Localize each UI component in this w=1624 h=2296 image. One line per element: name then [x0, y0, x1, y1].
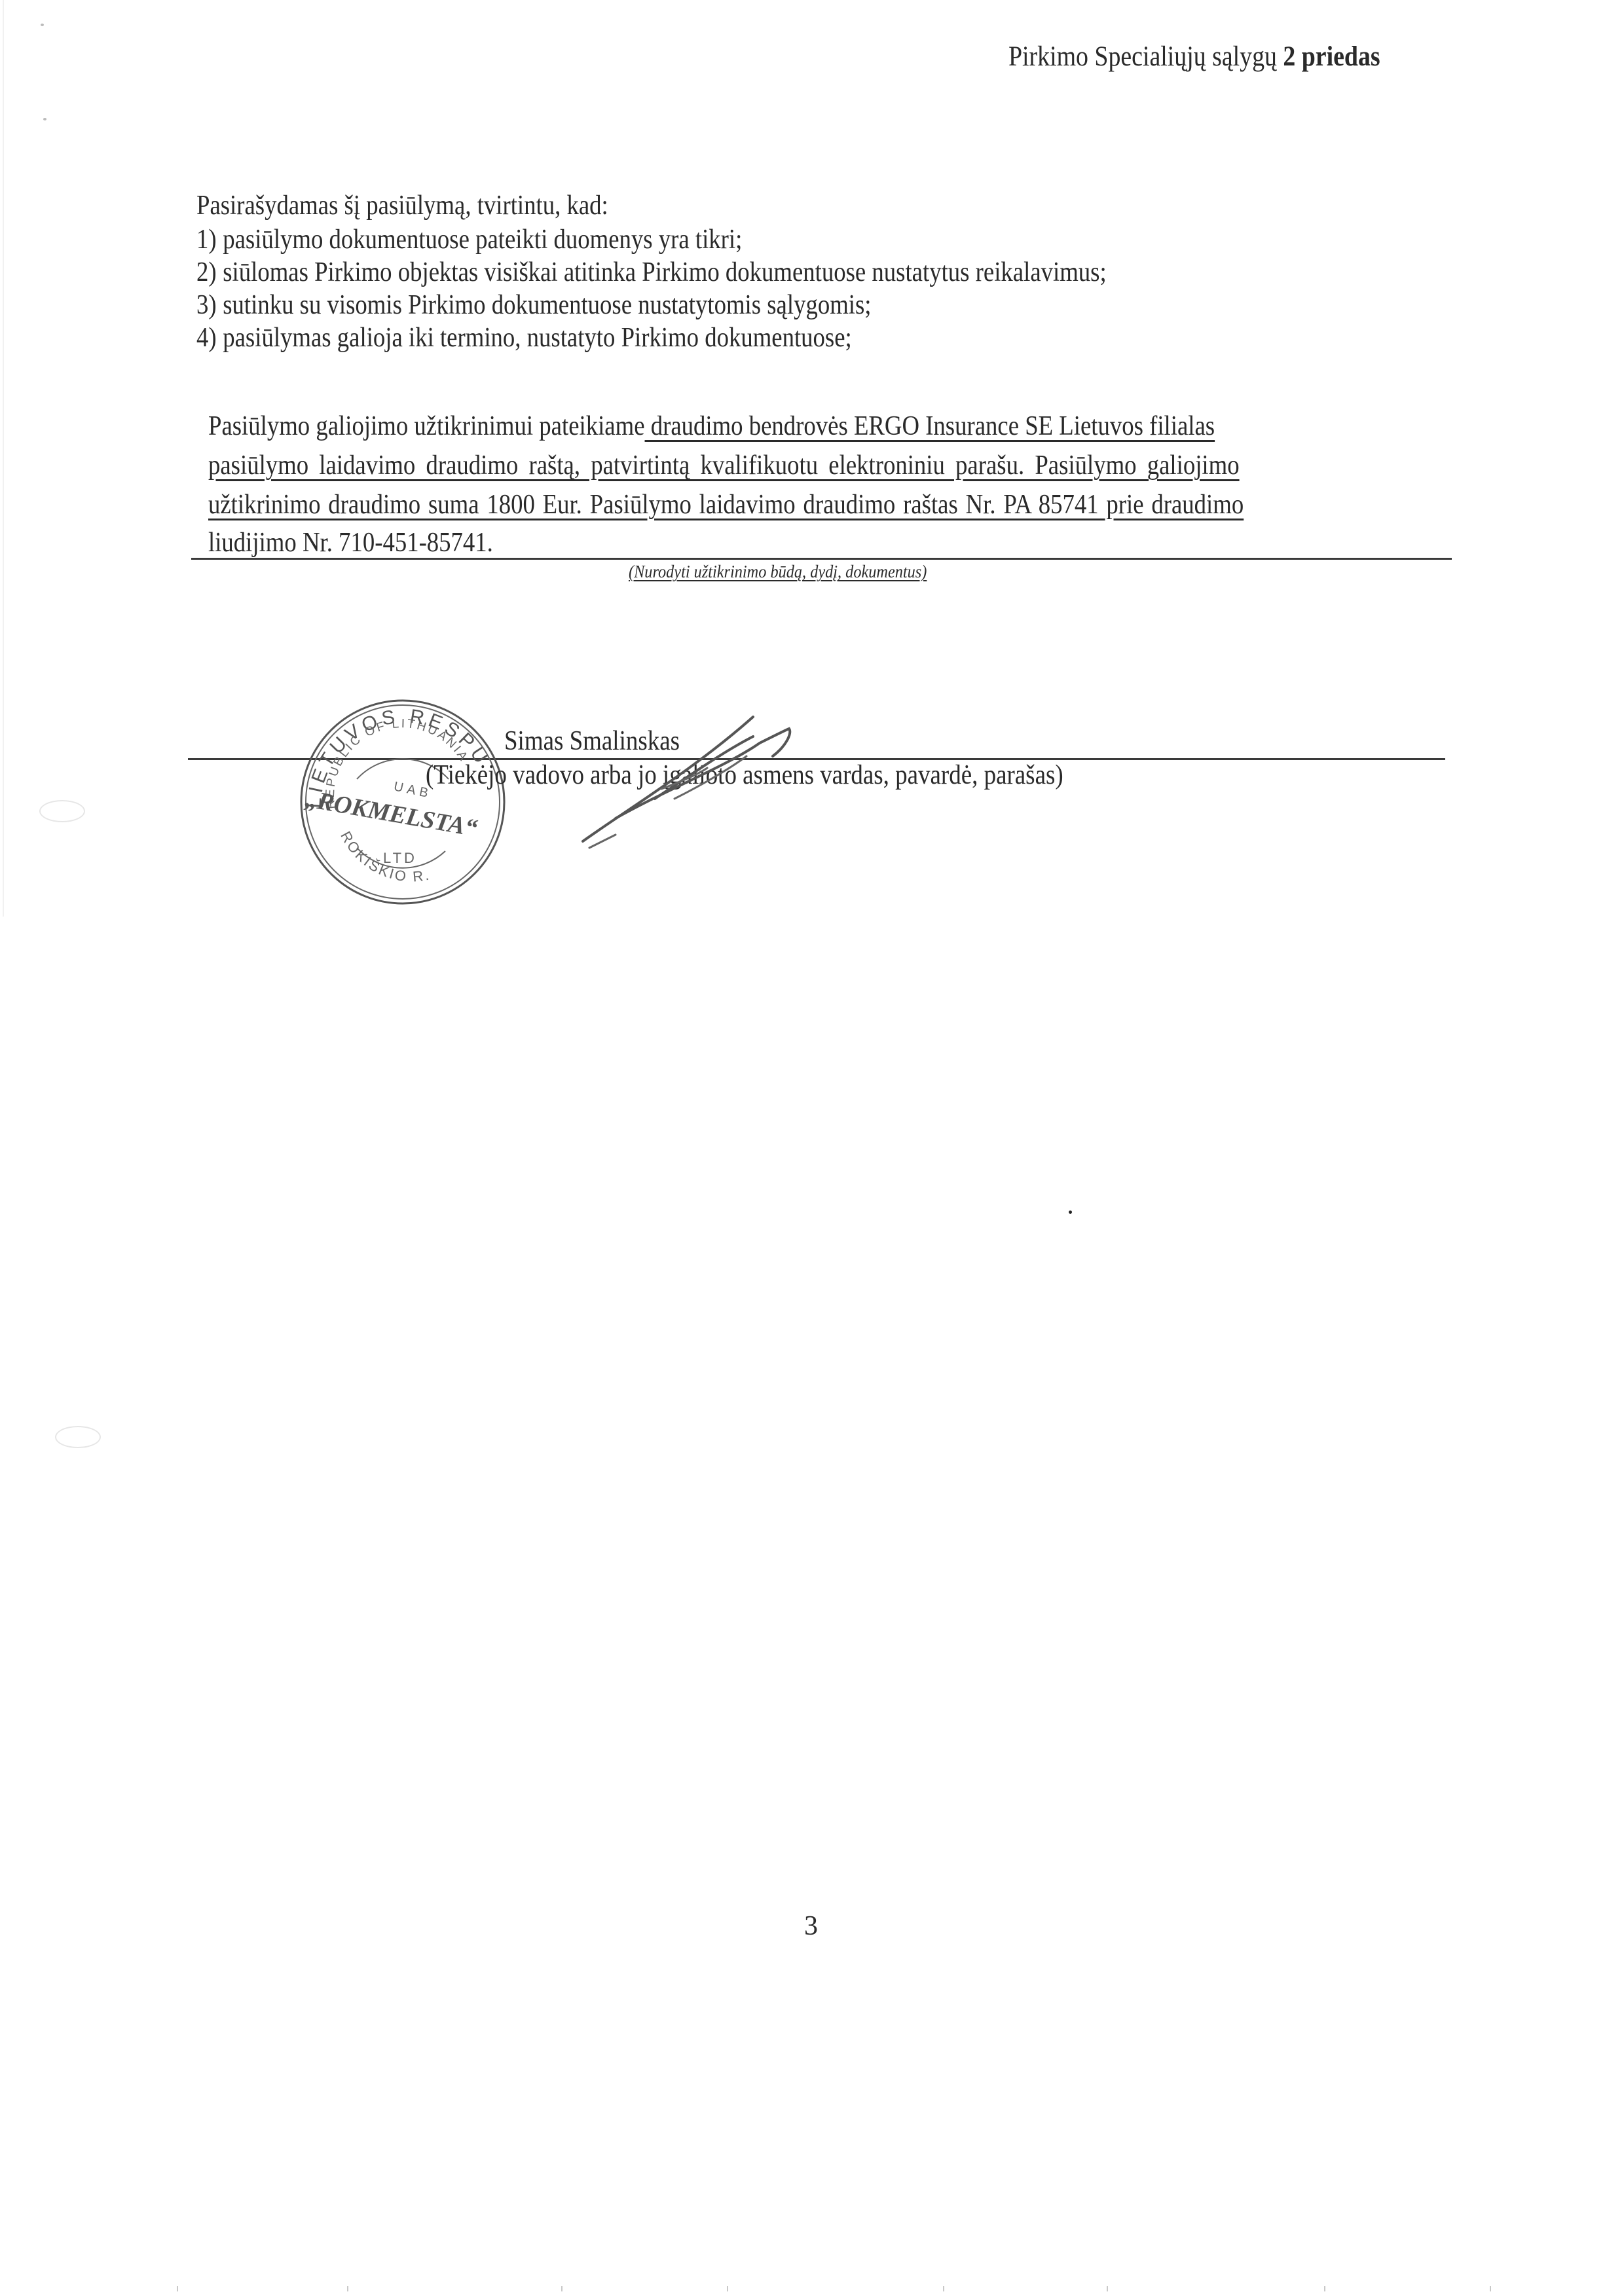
guarantee-lead: Pasiūlymo galiojimo užtikrinimui pateiki… — [208, 411, 645, 441]
handwritten-signature — [576, 710, 917, 861]
header-title: Pirkimo Specialiųjų sąlygų — [1008, 41, 1283, 72]
scan-artifact — [561, 2286, 563, 2291]
scan-artifact — [347, 2286, 348, 2291]
scan-speck — [41, 24, 44, 26]
item-number: 4) — [196, 322, 213, 354]
scan-artifact — [1324, 2286, 1325, 2291]
punch-hole-mark — [55, 1426, 101, 1448]
scan-speck — [1069, 1211, 1072, 1214]
guarantee-field-hint: (Nurodyti užtikrinimo būdą, dydį, dokume… — [629, 562, 927, 582]
declaration-intro: Pasirašydamas šį pasiūlymą, tvirtintu, k… — [196, 190, 608, 221]
scan-artifact — [727, 2286, 728, 2291]
punch-hole-mark — [39, 800, 85, 822]
guarantee-filled-value: draudimo bendrovės ERGO Insurance SE Lie… — [645, 411, 1215, 441]
item-number: 2) — [196, 257, 213, 288]
declaration-item: 1)pasiūlymo dokumentuose pateikti duomen… — [196, 224, 742, 255]
item-text: pasiūlymas galioja iki termino, nustatyt… — [223, 323, 852, 353]
guarantee-line-2: pasiūlymo laidavimo draudimo raštą, patv… — [208, 450, 1240, 481]
guarantee-rule — [191, 558, 1452, 560]
scan-artifact — [943, 2286, 944, 2291]
guarantee-line-1: Pasiūlymo galiojimo užtikrinimui pateiki… — [208, 410, 1215, 442]
scan-speck — [43, 118, 46, 120]
guarantee-line-3: užtikrinimo draudimo suma 1800 Eur. Pasi… — [208, 489, 1244, 520]
declaration-item: 2)siūlomas Pirkimo objektas visiškai ati… — [196, 257, 1107, 288]
declaration-item: 3)sutinku su visomis Pirkimo dokumentuos… — [196, 289, 872, 321]
page-number: 3 — [804, 1910, 818, 1942]
item-number: 1) — [196, 224, 213, 255]
guarantee-line-4: liudijimo Nr. 710-451-85741. — [208, 527, 493, 558]
scan-artifact — [1107, 2286, 1108, 2291]
company-stamp: LIETUVOS RESPUBLIKA REPUBLIC OF LITHUANI… — [295, 694, 511, 910]
scan-artifact — [177, 2286, 178, 2291]
declaration-item: 4)pasiūlymas galioja iki termino, nustat… — [196, 322, 852, 354]
svg-text:„ROKMELSTA“: „ROKMELSTA“ — [303, 785, 479, 843]
item-text: pasiūlymo dokumentuose pateikti duomenys… — [223, 225, 742, 255]
header-annex-label: 2 priedas — [1283, 41, 1380, 72]
scan-edge-shadow — [3, 0, 4, 917]
scan-artifact — [1490, 2286, 1491, 2291]
item-text: sutinku su visomis Pirkimo dokumentuose … — [223, 290, 871, 320]
item-text: siūlomas Pirkimo objektas visiškai atiti… — [223, 257, 1106, 287]
item-number: 3) — [196, 289, 213, 321]
document-header: Pirkimo Specialiųjų sąlygų 2 priedas — [1008, 41, 1380, 73]
